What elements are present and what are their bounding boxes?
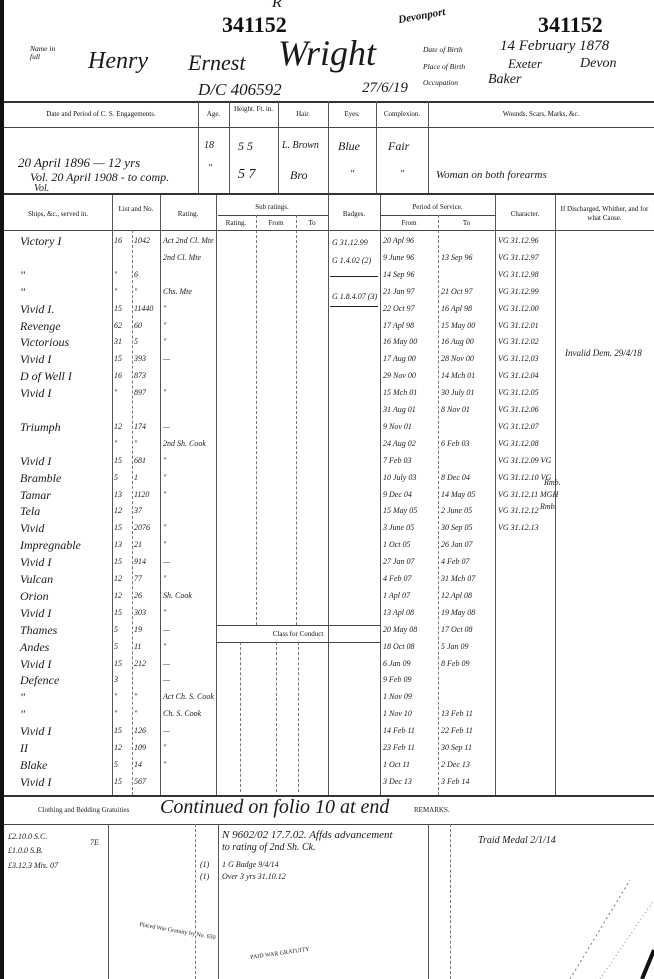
character-extra-1: Rmb. [544,478,561,488]
service-list: 15 [114,659,122,669]
hdr-badges: Badges. [328,210,380,219]
service-to: 19 May 08 [441,608,475,618]
service-to: 6 Feb 03 [441,439,469,449]
col-line [276,642,277,792]
hdr-period-to: To [438,219,495,228]
service-to: 13 Sep 96 [441,253,473,263]
service-from: 16 May 00 [383,337,417,347]
service-ship: Vivid [20,523,44,533]
service-character: VG 31.12.00 [498,304,539,314]
service-from: 4 Feb 07 [383,574,411,584]
service-rating: " [163,337,166,347]
service-rating: Ch. S. Cook [163,709,201,719]
service-character: VG 31.12.03 [498,354,539,364]
service-ship: " [20,270,25,280]
dob-label: Date of Birth [423,45,463,54]
service-from: 9 Nov 01 [383,422,412,432]
hdr-period: Period of Service. [380,203,495,212]
service-list: 12 [114,506,122,516]
scan-edge [0,0,4,979]
middle-note-4: Over 3 yrs 31.10.12 [222,872,286,882]
hdr-complexion: Complexion. [376,110,428,119]
clothing-entry-1: £2.10.0 S.C. [8,832,47,842]
service-no: 6 [134,270,138,280]
col-line [380,195,381,795]
service-ship: Vulcan [20,574,53,584]
service-list: 12 [114,422,122,432]
col-line [132,230,133,795]
service-list: 15 [114,456,122,466]
service-no: " [134,287,137,297]
remarks-label: REMARKS. [414,806,450,814]
service-list: 5 [114,760,118,770]
service-to: 16 Apl 98 [441,304,472,314]
service-character: VG 31.12.07 [498,422,539,432]
name-label: Name in full [30,45,60,61]
discharged-note: Invalid Dem. 29/4/18 [565,348,645,359]
first-name: Henry [88,48,148,75]
age-2: " [208,164,212,174]
service-from: 27 Jan 07 [383,557,415,567]
service-no: 1120 [134,490,149,500]
hdr-age: Age. [198,110,229,119]
service-from: 31 Aug 01 [383,405,416,415]
service-no: " [134,692,137,702]
service-rating: Act Ch. S. Cook [163,692,214,702]
service-from: 20 May 08 [383,625,417,635]
service-to: 3 Feb 14 [441,777,469,787]
service-rating: " [163,304,166,314]
service-no: 1 [134,473,138,483]
service-list: 13 [114,490,122,500]
hdr-hair: Hair. [278,110,328,119]
secondary-date: 27/6/19 [362,80,408,97]
service-list: 15 [114,777,122,787]
eyes-1: Blue [338,141,360,151]
service-no: 303 [134,608,146,618]
clothing-mark: 7E [90,838,99,848]
hdr-sub-rating: Rating. [216,219,256,228]
character-extra-3: Rmb. [540,502,557,512]
service-rating: " [163,473,166,483]
service-list: " [114,388,117,398]
service-from: 18 Oct 08 [383,642,415,652]
rule [4,230,654,231]
service-no: 5 [134,337,138,347]
service-character: VG 31.12.09 VG [498,456,551,466]
service-ship: Defence [20,675,59,685]
service-from: 7 Feb 03 [383,456,411,466]
age-1: 18 [204,141,214,151]
service-rating: " [163,490,166,500]
height-1: 5 5 [238,141,253,151]
service-list: " [114,692,117,702]
service-from: 3 Dec 13 [383,777,412,787]
col-line [195,824,196,979]
service-ship: Revenge [20,321,61,331]
middle-note-1: N 9602/02 17.7.02. Affds advancement [222,830,393,840]
service-ship: Tamar [20,490,51,500]
service-to: 5 Jan 09 [441,642,469,652]
clothing-entry-3: £3.12.3 Mis. 07 [8,861,58,871]
service-rating: — [163,625,170,635]
service-no: " [134,709,137,719]
service-from: 17 Aug 00 [383,354,416,364]
service-character: VG 31.12.13 [498,523,539,533]
service-ship: Vivid I [20,557,51,567]
secondary-number: D/C 406592 [198,80,282,100]
service-to: 2 Dec 13 [441,760,470,770]
middle-note-2: to rating of 2nd Sh. Ck. [222,843,316,853]
service-list: " [114,439,117,449]
rule [4,101,654,103]
engagement-1: 20 April 1896 — 12 yrs [18,158,140,168]
war-gratuity-stamp-1: Placed War Gratuity by No. 650 [139,922,216,941]
badge-3: G 1.8.4.07 (3) [332,292,377,302]
remarks-entry: Traid Medal 2/1/14 [478,836,556,846]
service-from: 14 Feb 11 [383,726,415,736]
service-to: 8 Nov 01 [441,405,470,415]
service-rating: 2nd Cl. Mte [163,253,201,263]
service-rating: — [163,354,170,364]
service-character: VG 31.12.05 [498,388,539,398]
service-to: 12 Apl 08 [441,591,472,601]
service-no: 19 [134,625,142,635]
service-list: 5 [114,625,118,635]
service-to: 26 Jan 07 [441,540,473,550]
col-line [495,195,496,795]
service-character: VG 31.12.04 [498,371,539,381]
service-rating: — [163,659,170,669]
service-from: 15 May 05 [383,506,417,516]
service-no: 681 [134,456,146,466]
service-rating: " [163,608,166,618]
top-scribble: R [272,0,282,12]
service-to: 8 Feb 09 [441,659,469,669]
col-line [229,101,230,193]
service-to: 14 Mch 01 [441,371,475,381]
service-rating: — [163,422,170,432]
service-list: " [114,709,117,719]
middle-name: Ernest [188,50,245,76]
service-ship: Vivid I [20,608,51,618]
service-no: 126 [134,726,146,736]
class-for-conduct-label: Class for Conduct [216,630,380,639]
service-no: 21 [134,540,142,550]
service-list: 15 [114,726,122,736]
service-from: 9 Dec 04 [383,490,412,500]
service-rating: 2nd Sh. Cook [163,439,206,449]
service-ship: " [20,692,25,702]
service-list: 15 [114,557,122,567]
complexion-1: Fair [388,141,409,151]
hdr-eyes: Eyes. [328,110,376,119]
occupation-value: Baker [488,72,521,88]
hdr-marks: Wounds, Scars, Marks, &c. [428,110,654,119]
hdr-sub-from: From [256,219,296,228]
continued-note: Continued on folio 10 at end [160,796,389,819]
service-ship: " [20,287,25,297]
service-to: 31 Mch 07 [441,574,475,584]
service-no: 11 [134,642,141,652]
occupation-label: Occupation [423,78,458,87]
service-from: 1 Nov 10 [383,709,412,719]
port-division-stamp: Devonport [397,6,446,26]
col-line [298,642,299,792]
rule [4,824,654,825]
complexion-2: " [400,170,404,180]
service-from: 1 Oct 05 [383,540,411,550]
service-no: 873 [134,371,146,381]
service-no: " [134,439,137,449]
service-ship: Vivid I [20,388,51,398]
service-no: 914 [134,557,146,567]
service-from: 21 Jan 97 [383,287,415,297]
hdr-period-from: From [380,219,438,228]
service-rating: Act 2nd Cl. Mte [163,236,214,246]
service-rating: " [163,760,166,770]
service-ship: Vivid I [20,659,51,669]
pob-town: Exeter [508,56,542,72]
service-no: 174 [134,422,146,432]
rule [4,193,654,195]
engagement-2: Vol. 20 April 1908 - to comp. [30,172,169,182]
hdr-ships: Ships, &c., served in. [4,210,112,219]
service-to: 28 Nov 00 [441,354,474,364]
middle-mark-2: (1) [200,872,209,882]
service-from: 1 Nov 09 [383,692,412,702]
service-list: 13 [114,540,122,550]
hdr-sub-to: To [296,219,328,228]
service-from: 3 June 05 [383,523,414,533]
service-list: 31 [114,337,122,347]
service-list: 12 [114,574,122,584]
service-from: 14 Sep 96 [383,270,415,280]
service-from: 9 Feb 09 [383,675,411,685]
col-line [112,195,113,795]
pob-label: Place of Birth [423,62,465,71]
hdr-rating: Rating. [160,210,216,219]
service-to: 22 Feb 11 [441,726,473,736]
service-ship: Andes [20,642,49,652]
service-to: 30 July 01 [441,388,474,398]
service-to: 14 May 05 [441,490,475,500]
service-rating: Sh. Cook [163,591,192,601]
col-line [296,215,297,625]
hdr-sub-ratings: Sub ratings. [216,203,328,212]
service-from: 23 Feb 11 [383,743,415,753]
badge-rule [330,276,378,277]
service-ship: Thames [20,625,57,635]
service-from: 9 June 96 [383,253,414,263]
official-number-right: 341152 [538,12,603,38]
service-to: 8 Dec 04 [441,473,470,483]
service-no: 26 [134,591,142,601]
service-list: " [114,270,117,280]
service-rating: " [163,642,166,652]
service-list: 12 [114,743,122,753]
service-to: 16 Aug 00 [441,337,474,347]
service-to: 21 Oct 97 [441,287,473,297]
service-character: VG 31.12.96 [498,236,539,246]
service-list: 3 [114,675,118,685]
service-character: VG 31.12.99 [498,287,539,297]
service-character: VG 31.12.06 [498,405,539,415]
service-character: VG 31.12.08 [498,439,539,449]
rule [216,625,380,626]
service-ship: Victorious [20,337,69,347]
service-list: 15 [114,354,122,364]
service-ship: Bramble [20,473,61,483]
badge-2: G 1.4.02 (2) [332,256,371,266]
service-rating: — [163,675,170,685]
service-from: 1 Oct 11 [383,760,410,770]
service-to: 15 May 00 [441,321,475,331]
service-ship: II [20,743,28,753]
engagement-3: Vol. [34,184,49,194]
hair-2: Bro [290,170,308,180]
col-line [108,824,109,979]
col-line [218,824,219,979]
service-list: 15 [114,523,122,533]
col-line [328,195,329,795]
service-ship: Vivid I [20,726,51,736]
service-ship: Vivid I. [20,304,54,314]
service-rating: " [163,456,166,466]
service-ship: Vivid I [20,354,51,364]
service-to: 2 June 05 [441,506,472,516]
service-to: 4 Feb 07 [441,557,469,567]
eyes-2: " [350,170,354,180]
badge-1: G 31.12.99 [332,238,368,248]
service-list: 5 [114,642,118,652]
service-to: 30 Sep 11 [441,743,472,753]
service-rating: " [163,743,166,753]
col-line [256,215,257,625]
middle-mark-1: (1) [200,860,209,870]
service-no: 567 [134,777,146,787]
middle-note-3: 1 G Badge 9/4/14 [222,860,279,870]
service-ship: Vivid I [20,777,51,787]
service-from: 22 Oct 97 [383,304,415,314]
service-no: 109 [134,743,146,753]
service-list: 12 [114,591,122,601]
service-list: 16 [114,236,122,246]
service-list: 16 [114,371,122,381]
hair-1: L. Brown [282,141,319,151]
service-ship: " [20,709,25,719]
service-character: VG 31.12.02 [498,337,539,347]
service-from: 29 Nov 00 [383,371,416,381]
scan-noise-streaks [560,880,654,979]
service-no: 212 [134,659,146,669]
service-character: VG 31.12.97 [498,253,539,263]
service-ship: Tela [20,506,40,516]
col-line [450,824,451,979]
service-ship: Impregnable [20,540,81,550]
service-character: VG 31.12.98 [498,270,539,280]
rule [4,127,654,128]
service-character: VG 31.12.01 [498,321,539,331]
service-from: 6 Jan 09 [383,659,411,669]
service-from: 10 July 03 [383,473,416,483]
war-gratuity-stamp-2: PAID WAR GRATUITY [250,947,310,961]
service-no: 897 [134,388,146,398]
service-character: VG 31.12.12 [498,506,539,516]
service-to: 13 Feb 11 [441,709,473,719]
service-rating: " [163,540,166,550]
service-no: 77 [134,574,142,584]
service-no: 393 [134,354,146,364]
hdr-character: Character. [495,210,555,219]
service-rating: " [163,321,166,331]
clothing-entry-2: £1.0.0 S.B. [8,846,43,856]
service-ship: Orion [20,591,49,601]
service-ship: Vivid I [20,456,51,466]
service-ship: D of Well I [20,371,72,381]
service-list: 5 [114,473,118,483]
service-to: 30 Sep 05 [441,523,473,533]
hdr-engagement: Date and Period of C. S. Engagements. [4,110,198,119]
col-line [160,195,161,795]
service-rating: Chs. Mte [163,287,192,297]
service-no: 2076 [134,523,150,533]
last-name: Wright [278,32,376,74]
dob-value: 14 February 1878 [500,38,609,55]
service-from: 20 Apl 96 [383,236,414,246]
service-list: 62 [114,321,122,331]
service-no: 11440 [134,304,153,314]
service-ship: Triumph [20,422,61,432]
service-to: 17 Oct 08 [441,625,473,635]
service-ship: Victory I [20,236,61,246]
badge-rule [330,306,378,307]
col-line [216,195,217,795]
service-ship: Blake [20,760,47,770]
service-no: 37 [134,506,142,516]
service-no: 60 [134,321,142,331]
height-2: 5 7 [238,170,256,180]
pob-county: Devon [580,56,617,72]
service-rating: " [163,574,166,584]
hdr-height: Height. Ft. in. [229,105,278,114]
service-rating: — [163,557,170,567]
service-list: " [114,287,117,297]
service-rating: — [163,726,170,736]
clothing-label: Clothing and Bedding Gratuities [38,806,129,814]
service-from: 1 Apl 07 [383,591,410,601]
service-list: 15 [114,304,122,314]
service-from: 15 Mch 01 [383,388,417,398]
hdr-discharged: If Discharged, Whither, and for what Cau… [555,205,654,223]
service-from: 24 Aug 02 [383,439,416,449]
service-no: 1042 [134,236,150,246]
marks-value: Woman on both forearms [436,170,547,180]
service-rating: " [163,388,166,398]
col-line [240,642,241,792]
service-list: 15 [114,608,122,618]
col-line [428,824,429,979]
service-rating: " [163,523,166,533]
character-extra-2: MGH [540,490,558,500]
service-character: VG 31.12.11 [498,490,538,500]
service-from: 17 Apl 98 [383,321,414,331]
service-no: 14 [134,760,142,770]
rule [218,215,328,216]
hdr-list-no: List and No. [112,205,160,214]
col-line [438,215,439,795]
service-from: 13 Apl 08 [383,608,414,618]
